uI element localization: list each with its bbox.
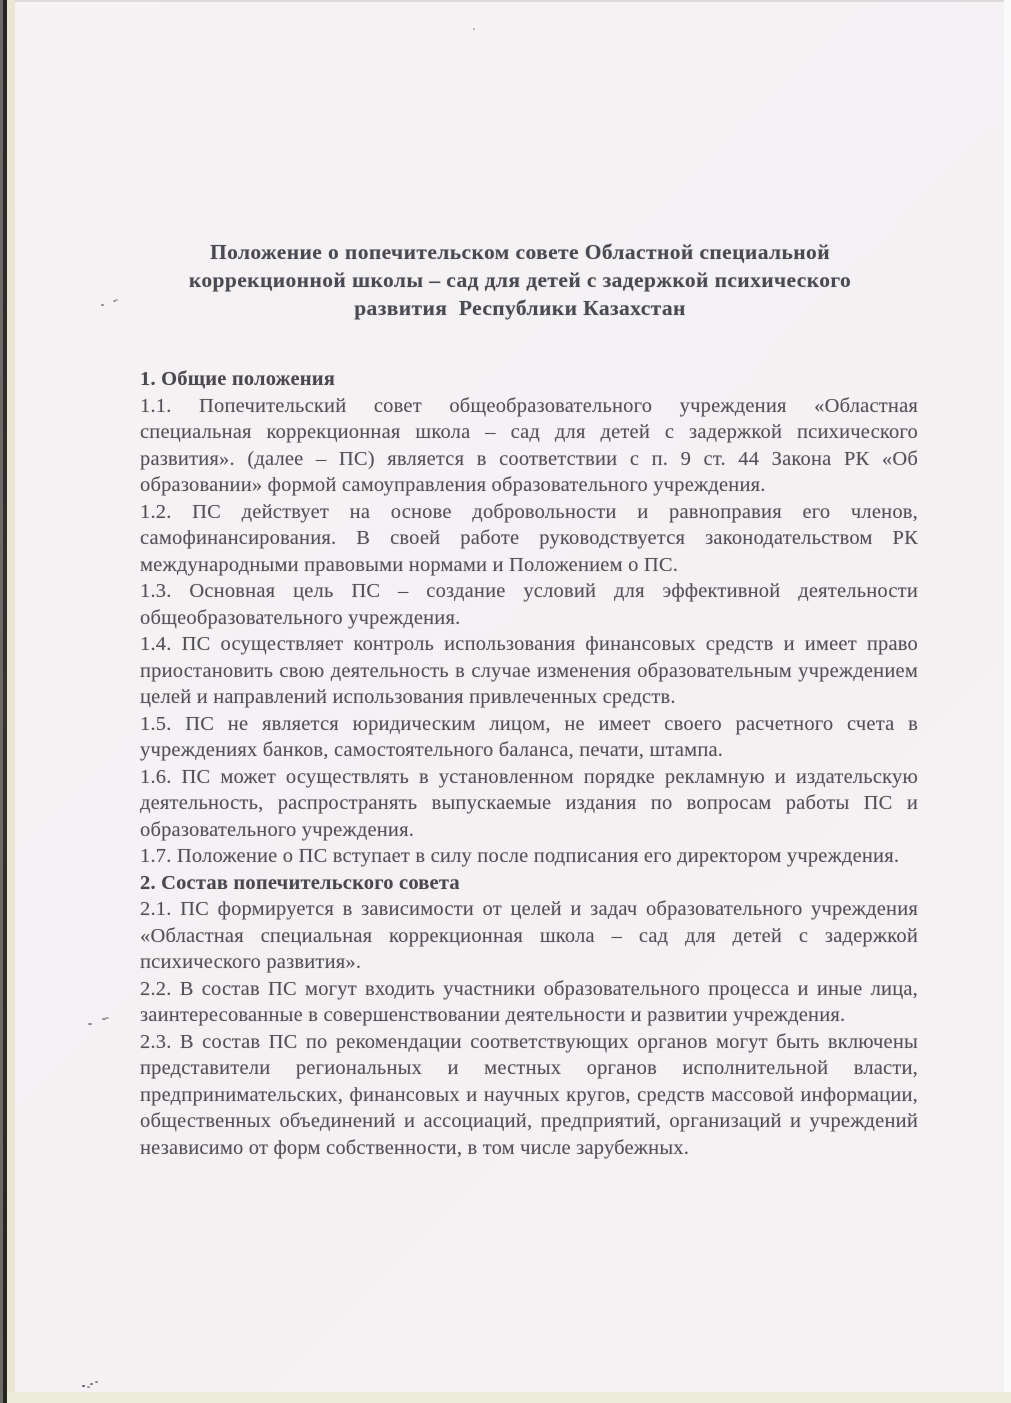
document-title-line: коррекционной школы – сад для детей с за… [140, 266, 900, 294]
document-body: 1. Общие положения 1.1. Попечительский с… [140, 366, 918, 1161]
scan-speck [82, 1385, 85, 1387]
paragraph-2-1: 2.1. ПС формируется в зависимости от цел… [140, 896, 918, 976]
paragraph-2-2: 2.2. В состав ПС могут входить участники… [140, 976, 918, 1029]
section-heading-general-provisions: 1. Общие положения [140, 366, 918, 393]
scan-speck [88, 1023, 92, 1025]
paragraph-1-5: 1.5. ПС не является юридическим лицом, н… [140, 711, 918, 764]
paragraph-1-6: 1.6. ПС может осуществлять в установленн… [140, 764, 918, 844]
paragraph-1-3: 1.3. Основная цель ПС – создание условий… [140, 578, 918, 631]
scan-speck [473, 28, 475, 30]
scan-edge-left-cream [7, 0, 15, 1403]
document-title: Положение о попечительском совете Област… [140, 238, 900, 322]
scan-edge-right [1004, 0, 1011, 1392]
paragraph-1-1: 1.1. Попечительский совет общеобразовате… [140, 393, 918, 499]
document-title-line: развития Республики Казахстан [140, 294, 900, 322]
scan-speck [101, 304, 104, 306]
scan-edge-top [15, 0, 1011, 2]
paragraph-1-7: 1.7. Положение о ПС вступает в силу посл… [140, 843, 918, 870]
scan-edge-bottom [7, 1392, 1011, 1403]
scanned-document-page: Положение о попечительском совете Област… [0, 0, 1011, 1403]
section-heading-board-composition: 2. Состав попечительского совета [140, 870, 918, 897]
document-title-line: Положение о попечительском совете Област… [140, 238, 900, 266]
paragraph-1-2: 1.2. ПС действует на основе добровольнос… [140, 499, 918, 579]
paragraph-2-3: 2.3. В состав ПС по рекомендации соответ… [140, 1029, 918, 1162]
paragraph-1-4: 1.4. ПС осуществляет контроль использова… [140, 631, 918, 711]
